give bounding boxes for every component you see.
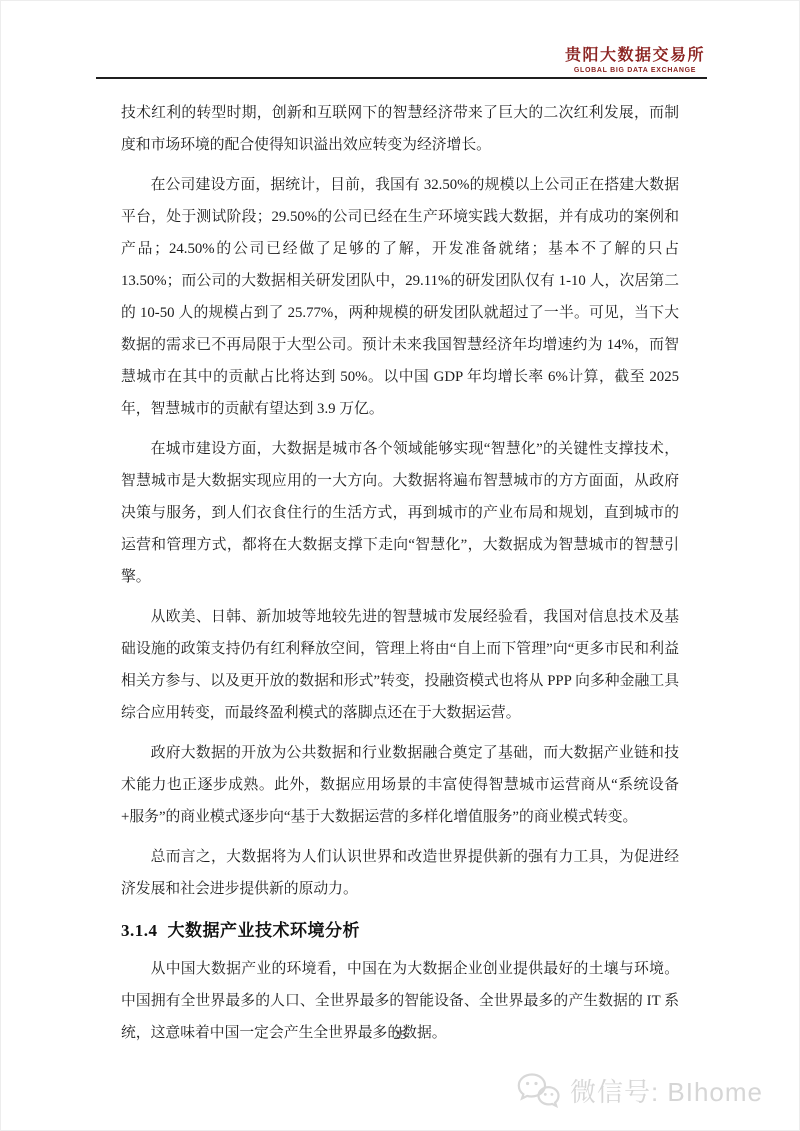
watermark-text: 微信号: BIhome [570, 1072, 763, 1109]
paragraph: 在城市建设方面，大数据是城市各个领域能够实现“智慧化”的关键性支撑技术，智慧城市… [121, 433, 679, 593]
logo-subtitle: GLOBAL BIG DATA EXCHANGE [565, 67, 705, 74]
wechat-icon [515, 1071, 561, 1109]
section-heading: 3.1.4大数据产业技术环境分析 [121, 919, 679, 943]
paragraph: 总而言之，大数据将为人们认识世界和改造世界提供新的强有力工具，为促进经济发展和社… [121, 841, 679, 905]
section-number: 3.1.4 [121, 921, 158, 940]
paragraph: 政府大数据的开放为公共数据和行业数据融合奠定了基础，而大数据产业链和技术能力也正… [121, 737, 679, 833]
page-number: 25 [1, 1027, 799, 1043]
header-divider [96, 77, 707, 79]
exchange-logo: 贵阳大数据交易所 GLOBAL BIG DATA EXCHANGE [565, 47, 705, 74]
logo-title: 贵阳大数据交易所 [565, 47, 705, 65]
document-page: 贵阳大数据交易所 GLOBAL BIG DATA EXCHANGE 技术红利的转… [0, 0, 800, 1131]
document-body: 技术红利的转型时期，创新和互联网下的智慧经济带来了巨大的二次红利发展，而制度和市… [121, 97, 679, 1057]
section-title: 大数据产业技术环境分析 [168, 921, 361, 940]
paragraph: 在公司建设方面，据统计，目前，我国有 32.50%的规模以上公司正在搭建大数据平… [121, 169, 679, 425]
paragraph: 技术红利的转型时期，创新和互联网下的智慧经济带来了巨大的二次红利发展，而制度和市… [121, 97, 679, 161]
wechat-watermark: 微信号: BIhome [515, 1071, 763, 1109]
paragraph: 从欧美、日韩、新加坡等地较先进的智慧城市发展经验看，我国对信息技术及基础设施的政… [121, 601, 679, 729]
